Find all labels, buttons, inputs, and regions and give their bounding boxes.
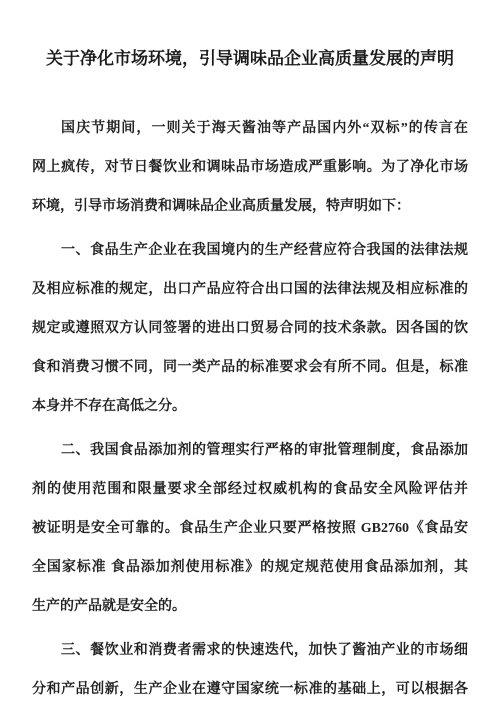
text-line: 环境，引导市场消费和调味品企业高质量发展，特声明如下： [32, 187, 468, 226]
text-line: 网上疯传，对节日餐饮业和调味品市场造成严重影响。为了净化市场 [32, 148, 468, 187]
text-line: 食和消费习惯不同，同一类产品的标准要求会有所不同。但是，标准 [32, 348, 468, 387]
document-page: 关于净化市场环境，引导调味品企业高质量发展的声明 国庆节期间，一则关于海天酱油等… [0, 0, 500, 715]
text-line: 一、食品生产企业在我国境内的生产经营应符合我国的法律法规 [32, 231, 468, 270]
text-line: 二、我国食品添加剂的管理实行严格的审批管理制度，食品添加 [32, 431, 468, 470]
document-title: 关于净化市场环境，引导调味品企业高质量发展的声明 [32, 46, 468, 72]
text-line: 及相应标准的规定，出口产品应符合出口国的法律法规及相应标准的 [32, 270, 468, 309]
text-line: 本身并不存在高低之分。 [32, 387, 468, 426]
text-line: 被证明是安全可靠的。食品生产企业只要严格按照 GB2760《食品安 [32, 509, 468, 548]
paragraph-item-2: 二、我国食品添加剂的管理实行严格的审批管理制度，食品添加 剂的使用范围和限量要求… [32, 431, 468, 626]
paragraph-intro: 国庆节期间，一则关于海天酱油等产品国内外“双标”的传言在 网上疯传，对节日餐饮业… [32, 109, 468, 226]
text-line: 生产的产品就是安全的。 [32, 587, 468, 626]
text-line: 剂的使用范围和限量要求全部经过权威机构的食品安全风险评估并 [32, 470, 468, 509]
text-line: 规定或遵照双方认同签署的进出口贸易合同的技术条款。因各国的饮 [32, 309, 468, 348]
paragraph-item-1: 一、食品生产企业在我国境内的生产经营应符合我国的法律法规 及相应标准的规定，出口… [32, 231, 468, 426]
text-line: 分和产品创新，生产企业在遵守国家统一标准的基础上，可以根据各 [32, 670, 468, 709]
paragraph-item-3: 三、餐饮业和消费者需求的快速迭代，加快了酱油产业的市场细 分和产品创新，生产企业… [32, 631, 468, 709]
text-line: 国庆节期间，一则关于海天酱油等产品国内外“双标”的传言在 [32, 109, 468, 148]
text-line: 全国家标准 食品添加剂使用标准》的规定规范使用食品添加剂，其 [32, 548, 468, 587]
text-line: 三、餐饮业和消费者需求的快速迭代，加快了酱油产业的市场细 [32, 631, 468, 670]
